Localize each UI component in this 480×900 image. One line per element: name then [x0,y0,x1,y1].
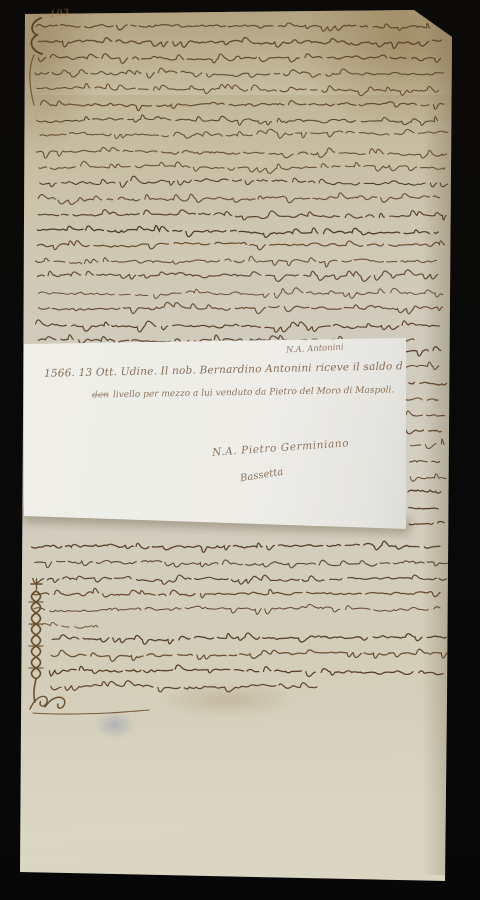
notary-knot-mark [29,579,43,702]
slip-detail-line: denlivello per mezzo a lui venduto da Pi… [92,385,394,400]
slip-struck-word: den [92,390,109,400]
closing-text-block [49,633,447,692]
upper-text-block [35,23,448,346]
archival-slip: N.A. Antonini 1566. 13 Ott. Udine. Il no… [24,336,406,532]
slip-detail-text: livello per mezzo a lui venduto da Pietr… [113,385,395,400]
slip-second-signature: Bassetta [239,467,284,485]
slip-pencil-note: N.A. Antonini [286,342,344,355]
photo-stage: 103 N.A. Antonini 1566. 13 Ott. Udine. I… [0,0,480,900]
slip-notary-signature: N.A. Pietro Germiniano [212,437,350,459]
slip-date-line: 1566. 13 Ott. Udine. Il nob. Bernardino … [44,360,403,380]
middle-text-block [31,541,447,628]
right-edge-fragments [406,347,447,525]
closing-flourish [30,696,149,714]
